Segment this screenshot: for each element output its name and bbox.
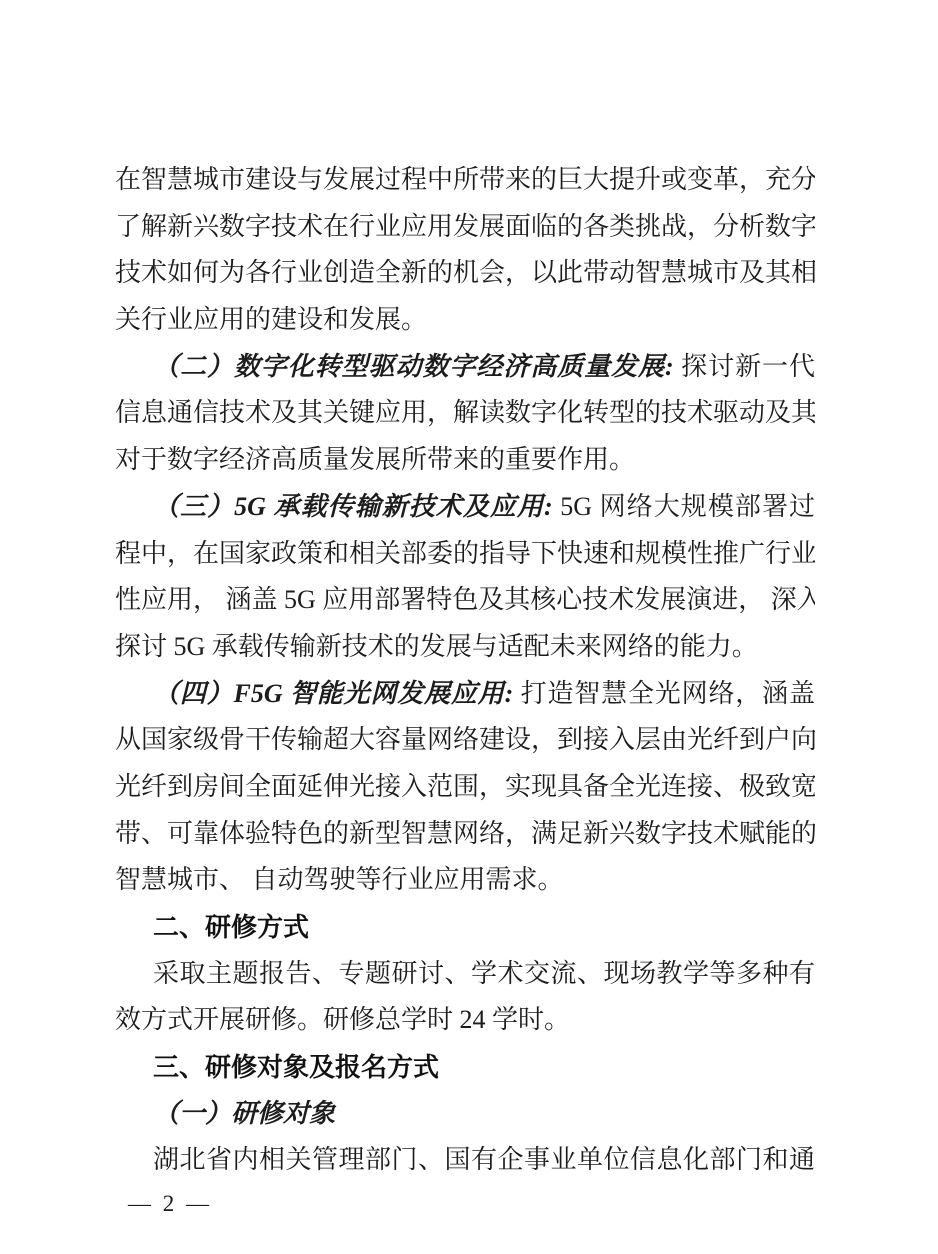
body-text-line: 效方式开展研修。研修总学时 24 学时。 bbox=[115, 997, 815, 1044]
list-item-line: （三）5G 承载传输新技术及应用: 5G 网络大规模部署过 bbox=[115, 484, 815, 531]
list-item-heading: （四）F5G 智能光网发展应用: bbox=[153, 679, 513, 708]
body-text-line: 技术如何为各行业创造全新的机会，以此带动智慧城市及其相 bbox=[115, 250, 815, 297]
body-text-line: 探讨 5G 承载传输新技术的发展与适配未来网络的能力。 bbox=[115, 624, 815, 671]
list-item-text: 打造智慧全光网络，涵盖 bbox=[513, 679, 815, 708]
body-text-line: 关行业应用的建设和发展。 bbox=[115, 297, 815, 344]
body-text-line: 采取主题报告、专题研讨、学术交流、现场教学等多种有 bbox=[115, 951, 815, 998]
list-item-heading: （二）数字化转型驱动数字经济高质量发展: bbox=[153, 352, 674, 381]
list-item-line: （二）数字化转型驱动数字经济高质量发展: 探讨新一代 bbox=[115, 344, 815, 391]
body-text-line: 光纤到房间全面延伸光接入范围，实现具备全光连接、极致宽 bbox=[115, 764, 815, 811]
list-item-line: （四）F5G 智能光网发展应用: 打造智慧全光网络，涵盖 bbox=[115, 671, 815, 718]
section-heading: 三、研修对象及报名方式 bbox=[115, 1044, 815, 1091]
body-text-line: 信息通信技术及其关键应用，解读数字化转型的技术驱动及其 bbox=[115, 390, 815, 437]
body-text-line: 了解新兴数字技术在行业应用发展面临的各类挑战，分析数字 bbox=[115, 204, 815, 251]
section-heading: 二、研修方式 bbox=[115, 904, 815, 951]
document-page: 在智慧城市建设与发展过程中所带来的巨大提升或变革，充分 了解新兴数字技术在行业应… bbox=[0, 0, 938, 1254]
body-text-line: 从国家级骨干传输超大容量网络建设，到接入层由光纤到户向 bbox=[115, 717, 815, 764]
document-body: 在智慧城市建设与发展过程中所带来的巨大提升或变革，充分 了解新兴数字技术在行业应… bbox=[115, 157, 815, 1184]
body-text-line: 对于数字经济高质量发展所带来的重要作用。 bbox=[115, 437, 815, 484]
list-item-heading: （三）5G 承载传输新技术及应用: bbox=[153, 492, 553, 521]
page-number: — 2 — bbox=[128, 1191, 212, 1217]
list-item-text: 探讨新一代 bbox=[674, 352, 815, 381]
body-text-line: 在智慧城市建设与发展过程中所带来的巨大提升或变革，充分 bbox=[115, 157, 815, 204]
body-text-line: 智慧城市、 自动驾驶等行业应用需求。 bbox=[115, 857, 815, 904]
body-text-line: 带、可靠体验特色的新型智慧网络，满足新兴数字技术赋能的 bbox=[115, 811, 815, 858]
list-item-text: 5G 网络大规模部署过 bbox=[553, 492, 815, 521]
body-text-line: 性应用， 涵盖 5G 应用部署特色及其核心技术发展演进， 深入 bbox=[115, 577, 815, 624]
body-text-line: 程中，在国家政策和相关部委的指导下快速和规模性推广行业 bbox=[115, 531, 815, 578]
body-text-line: 湖北省内相关管理部门、国有企事业单位信息化部门和通 bbox=[115, 1137, 815, 1184]
sub-section-heading: （一）研修对象 bbox=[115, 1091, 815, 1138]
